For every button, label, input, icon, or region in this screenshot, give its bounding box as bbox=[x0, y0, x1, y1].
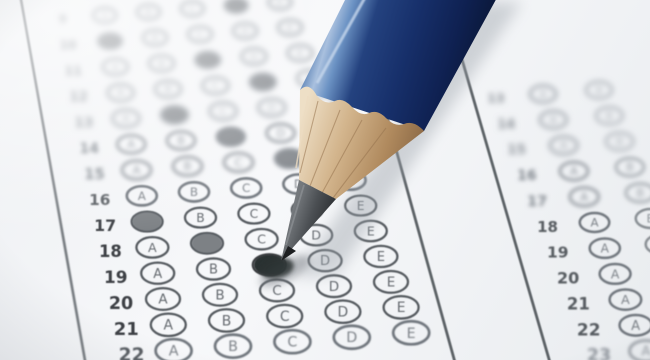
vignette-overlay bbox=[0, 0, 650, 360]
photo-canvas: 9ABCE10BCDE11ABDE12ABCE13ACDE14ABDE15ABC… bbox=[0, 0, 650, 360]
answer-sheet-photo: 9ABCE10BCDE11ABDE12ABCE13ACDE14ABDE15ABC… bbox=[0, 0, 650, 360]
